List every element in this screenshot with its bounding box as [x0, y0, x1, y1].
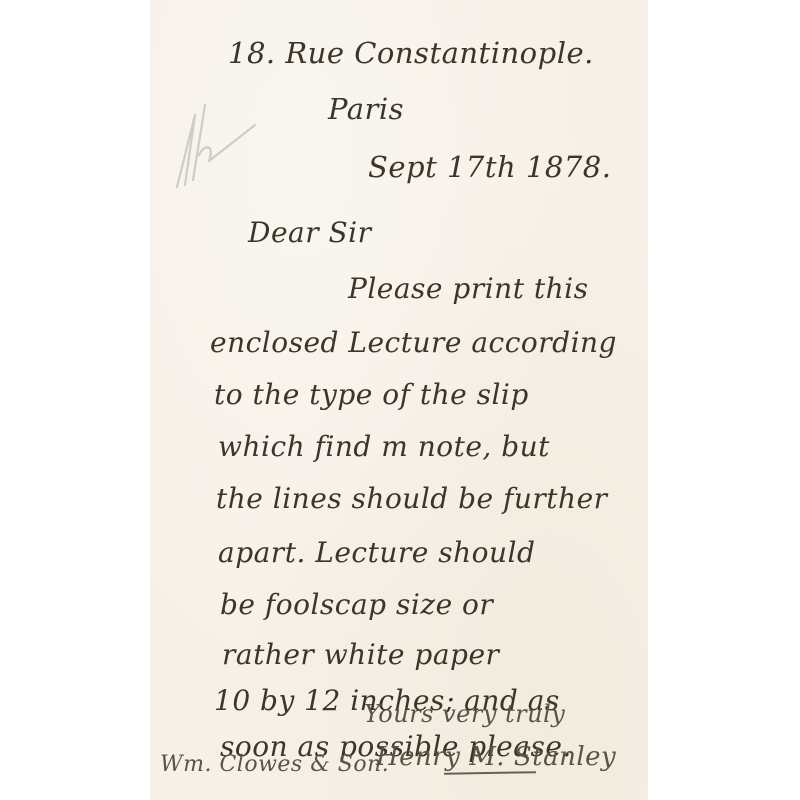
letter-body-line: the lines should be further — [216, 482, 608, 515]
image-stage: 18. Rue Constantinople. Paris Sept 17th … — [0, 0, 800, 800]
letter-salutation: Dear Sir — [248, 216, 372, 249]
letter-signature: Henry M. Stanley — [376, 742, 616, 772]
letter-body-line: to the type of the slip — [214, 378, 529, 411]
letter-city: Paris — [328, 92, 404, 126]
letter-body-line: Please print this — [348, 272, 588, 305]
letter-body-line: which find m note, but — [218, 430, 550, 463]
letter-address: 18. Rue Constantinople. — [228, 36, 594, 70]
pencil-annotation-mark — [165, 95, 275, 195]
letter-body-line: rather white paper — [222, 638, 499, 671]
letter-body-line: apart. Lecture should — [218, 536, 535, 569]
letter-body-line: enclosed Lecture according — [210, 326, 617, 359]
letter-closing: Yours very truly — [364, 700, 565, 728]
letter-body-line: be foolscap size or — [220, 588, 493, 621]
letter-date: Sept 17th 1878. — [368, 150, 611, 184]
letter-addressee: Wm. Clowes & Son. — [160, 752, 389, 777]
